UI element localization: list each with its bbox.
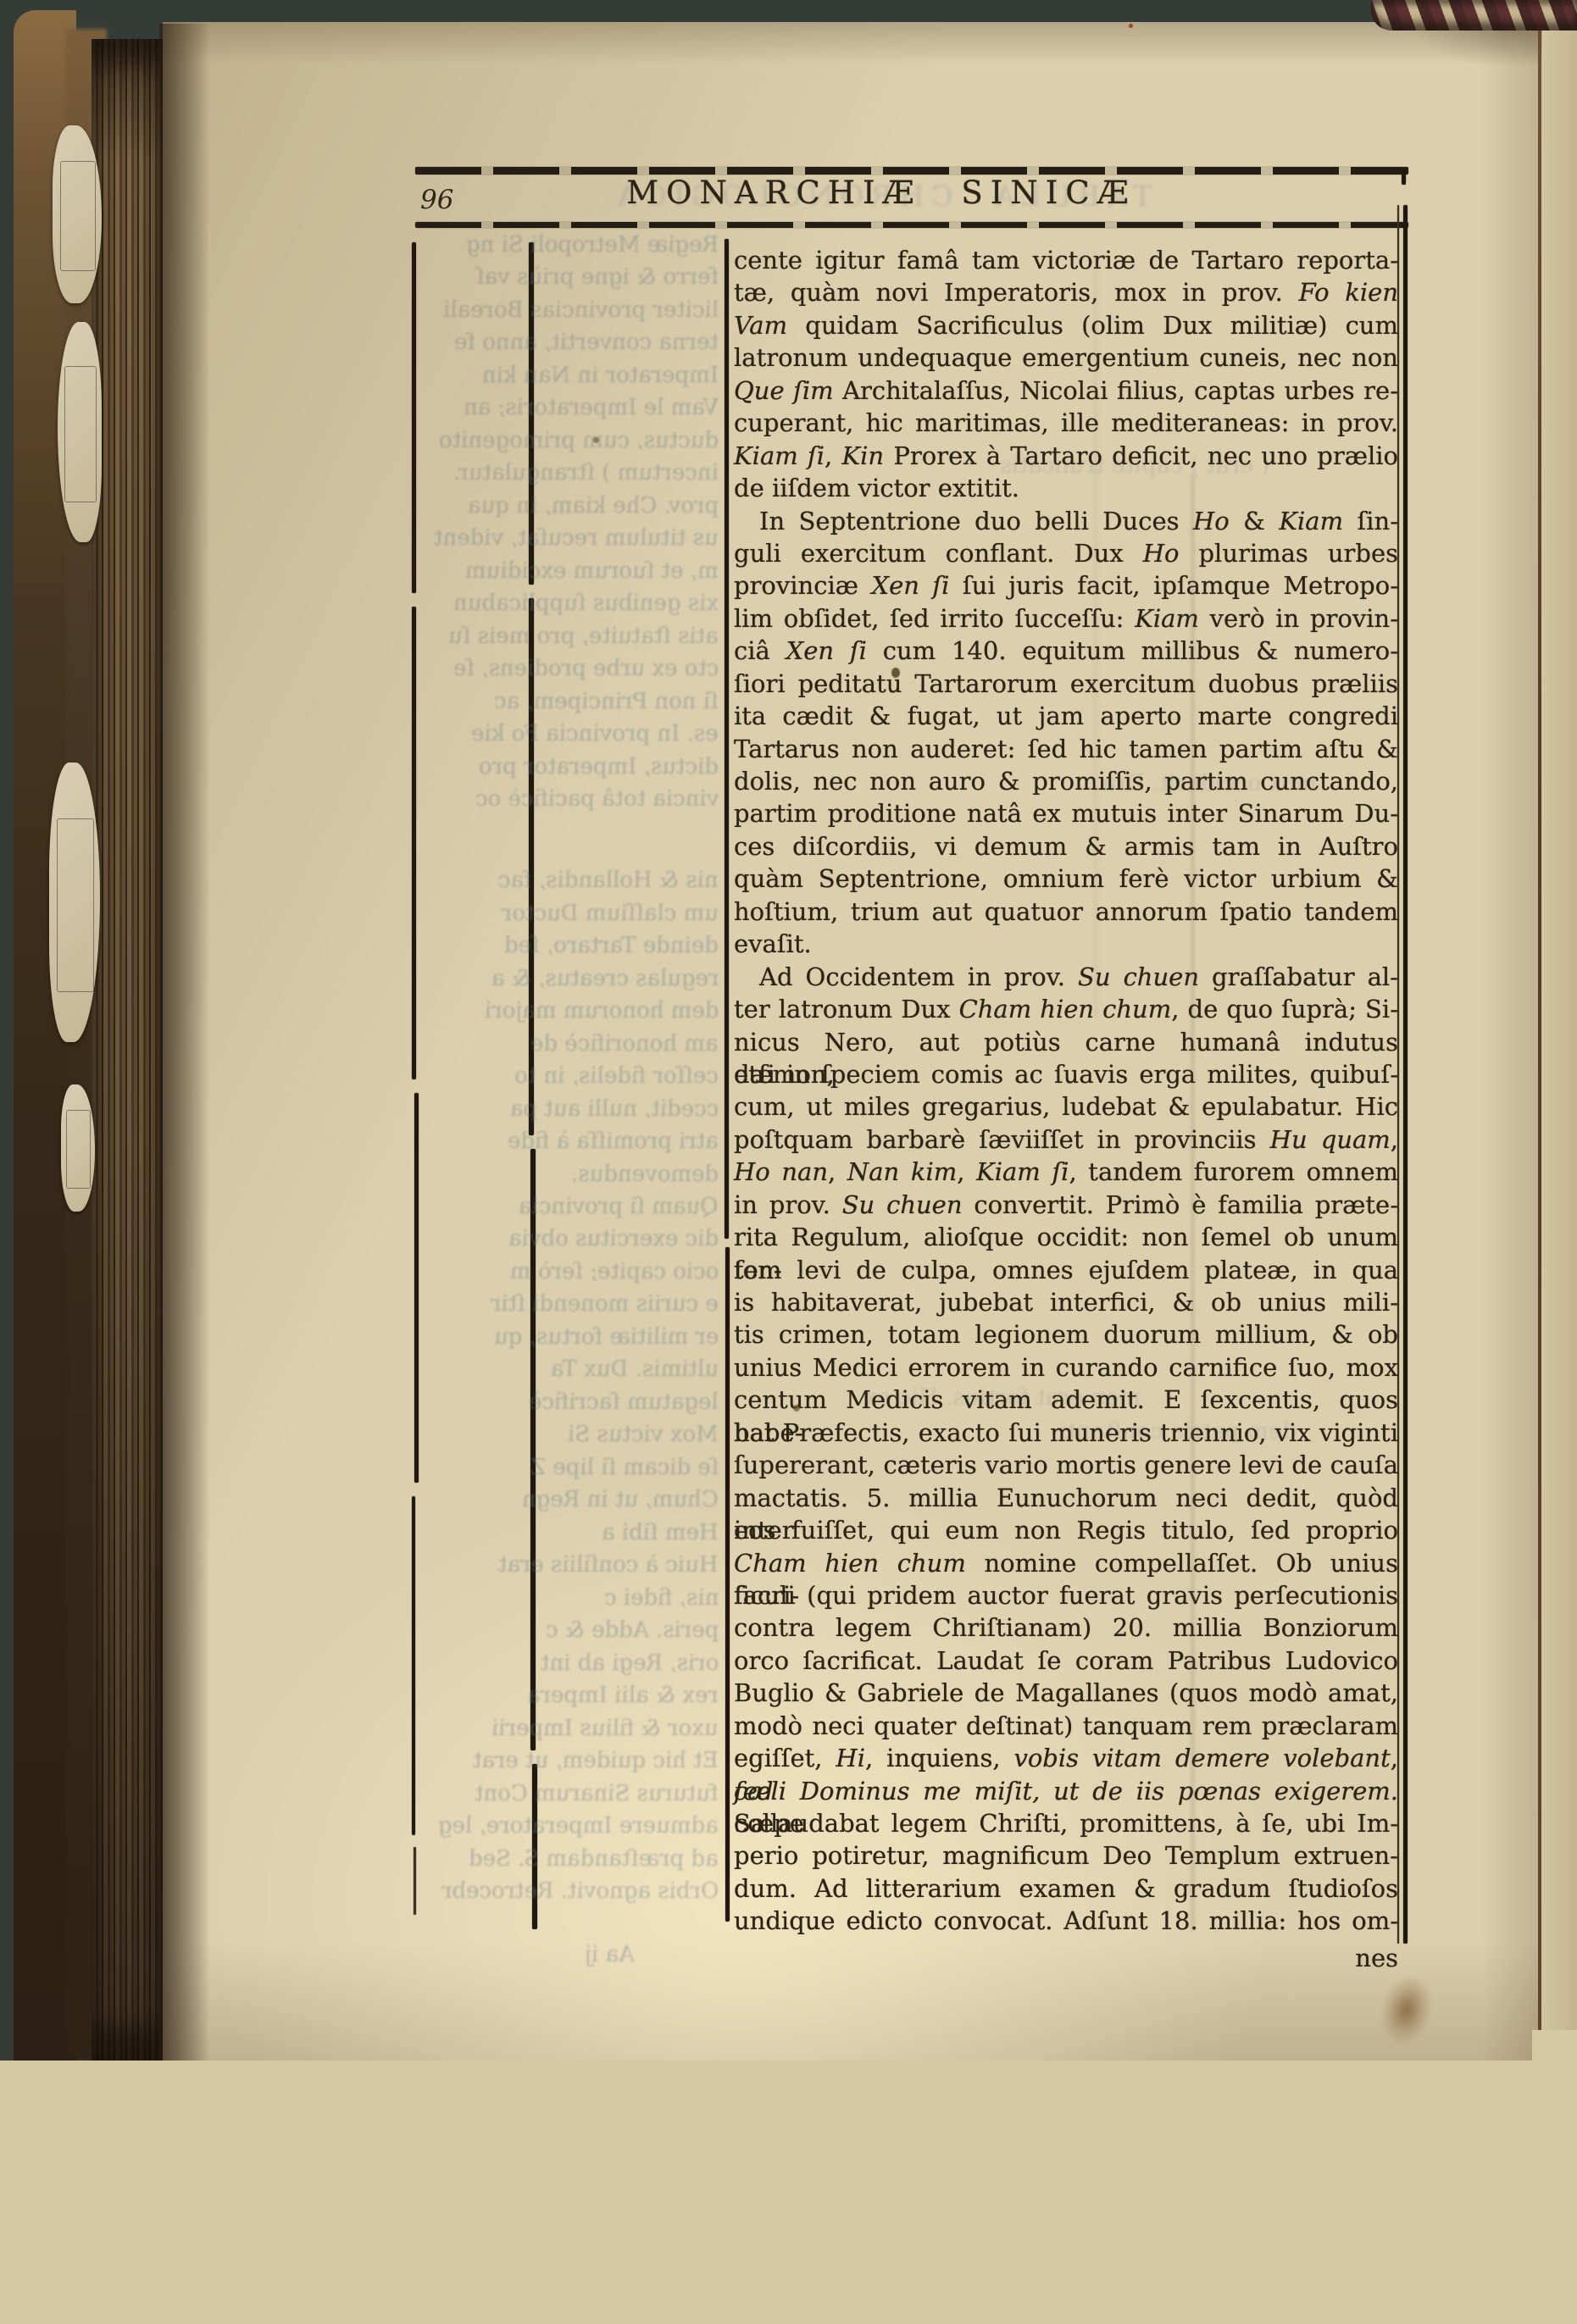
- text-line: eos fuiſſet, qui eum non Regis titulo, ſ…: [734, 1514, 1398, 1546]
- margin-rule-outer: [412, 242, 416, 593]
- paper-speck: [891, 668, 900, 678]
- bleedthrough-line: Vam le Imperatoris; an: [464, 395, 719, 420]
- text-line: tæ, quàm novi Imperatoris, mox in prov. …: [734, 276, 1398, 308]
- bleedthrough-line: xis genibus ſupplicabun: [453, 591, 719, 616]
- text-column-left-rule: [725, 1247, 730, 1922]
- text-line: Vam quidam Sacrificulus (olim Dux militi…: [734, 309, 1398, 341]
- bleedthrough-line: es. In provincia Fo kie: [471, 721, 719, 746]
- bleedthrough-line: dem honorum majori: [485, 998, 719, 1023]
- bleedthrough-line: m, et ſuorum excidium: [465, 558, 719, 584]
- text-line: Que ſim Architalaſſus, Nicolai filius, c…: [734, 374, 1398, 407]
- text-line: evaſit.: [734, 928, 1398, 960]
- bleedthrough-line: oris, Regi ab int: [541, 1650, 719, 1676]
- bleedthrough-line: atri promiſſa à fide: [508, 1129, 719, 1154]
- bleedthrough-line: nis, fidei c: [604, 1585, 719, 1611]
- scan-background-fill: [1532, 2030, 1577, 2064]
- bleedthrough-line: atis ſtatuite, pro meis ſu: [448, 624, 719, 649]
- text-line: Ad Occidentem in prov. Su chuen graſſaba…: [734, 961, 1398, 993]
- bleedthrough-line: Et hic quidem, ut erat: [473, 1748, 719, 1773]
- margin-bleedthrough-text: Regiæ Metropoli Si ngferro & igne priùs …: [422, 0, 719, 2061]
- book-headband: [1371, 0, 1577, 31]
- text-line: centum Medicis vitam ademit. E ſexcentis…: [734, 1384, 1398, 1416]
- paper-crease: [1191, 474, 1194, 1932]
- bleedthrough-line: rex & alii Impera: [527, 1683, 719, 1708]
- bleedthrough-line: ſi non Principem, ac: [494, 689, 719, 714]
- bleedthrough-line: us titulum recuſat, vident: [434, 525, 719, 551]
- text-line: cum, ut miles gregarius, ludebat & epula…: [734, 1090, 1398, 1123]
- bleedthrough-line: Mox victus Si: [568, 1422, 719, 1447]
- facing-page-sliver: [1541, 25, 1577, 2061]
- margin-rule-outer: [414, 1093, 419, 1483]
- text-line: Cham hien chum nomine compellaſſet. Ob u…: [734, 1547, 1398, 1579]
- text-line: lim obſidet, ſed irrito ſucceſſu: Kiam v…: [734, 602, 1398, 635]
- text-line: tem levi de culpa, omnes ejuſdem plateæ,…: [734, 1254, 1398, 1286]
- bleedthrough-line: vincia totâ pacificè oc: [475, 786, 719, 812]
- bleedthrough-line: ad præſtandam S. Sed: [469, 1846, 719, 1872]
- bleedthrough-line: terna convertit, anno fe: [454, 330, 719, 355]
- text-line: dum. Ad litterarium examen & gradum ſtud…: [734, 1872, 1398, 1905]
- bleedthrough-line: e curiis monendi ſtir: [491, 1291, 719, 1317]
- text-line: guli exercitum conflant. Dux Ho plurimas…: [734, 537, 1398, 569]
- bleedthrough-line: ultimis. Dux Ta: [551, 1356, 719, 1382]
- torn-page-fragment: [61, 1084, 95, 1212]
- text-line: ficuli (qui pridem auctor fuerat gravis …: [734, 1579, 1398, 1611]
- scan-background-fill: [0, 2061, 1577, 2324]
- text-line: ces diſcordiis, vi demum & armis tam in …: [734, 830, 1398, 862]
- text-column-left-rule: [725, 239, 729, 1239]
- text-line: contra legem Chriſtianam) 20. millia Bon…: [734, 1611, 1398, 1644]
- torn-page-fragment: [58, 322, 102, 542]
- text-line: ciâ Xen ſi cum 140. equitum millibus & n…: [734, 635, 1398, 667]
- main-text-column: cente igitur famâ tam victoriæ de Tartar…: [734, 244, 1398, 1938]
- text-line: perio potiretur, magnificum Deo Templum …: [734, 1839, 1398, 1872]
- bleedthrough-line: dic exercitus obvia: [508, 1226, 719, 1251]
- text-line: In Septentrione duo belli Duces Ho & Kia…: [734, 505, 1398, 537]
- bleedthrough-line: ductus, cum primogenito: [439, 428, 719, 453]
- bleedthrough-line: incertum ) ſtrangulatur.: [453, 460, 719, 485]
- margin-rule-outer: [412, 607, 416, 1079]
- text-line: rita Regulum, alioſque occidit: non ſeme…: [734, 1221, 1398, 1253]
- text-line: egiſſet, Hi, inquiens, vobis vitam demer…: [734, 1742, 1398, 1774]
- text-line: nicus Nero, aut potiùs carne humanâ indu…: [734, 1026, 1398, 1058]
- bleedthrough-line: Hem ſibi a: [602, 1520, 719, 1545]
- bleedthrough-line: Regiæ Metropoli Si ng: [466, 232, 719, 258]
- bleedthrough-line: Orbis agnovit. Retrocebr: [441, 1878, 719, 1904]
- text-line: ter latronum Dux Cham hien chum, de quo …: [734, 993, 1398, 1025]
- text-line: bat Præfectis, exacto ſui muneris trienn…: [734, 1417, 1398, 1449]
- text-line: Tartarus non auderet: ſed hic tamen part…: [734, 733, 1398, 765]
- text-line: latronum undequaque emergentium cuneis, …: [734, 341, 1398, 374]
- bleedthrough-line: Quam ſi provincia: [519, 1194, 719, 1219]
- bleedthrough-line: Imperator in Nan kin: [482, 363, 719, 388]
- paper-crease: [1095, 254, 1097, 1017]
- paper-speck: [793, 1405, 800, 1412]
- text-line: etſi in ſpeciem comis ac ſuavis erga mil…: [734, 1058, 1398, 1090]
- text-line: cuperant, hic maritimas, ille mediterane…: [734, 407, 1398, 439]
- bleedthrough-line: ocio capite; ſerò m: [510, 1259, 719, 1284]
- text-line: ſupererant, cæteris vario mortis genere …: [734, 1449, 1398, 1481]
- text-line: cæli Dominus me miſit, ut de iis pœnas e…: [734, 1775, 1398, 1807]
- bleedthrough-line: liciter provincias Boreali: [443, 297, 719, 323]
- page-edge-stack-shading: [92, 39, 163, 2061]
- margin-rule-outer-end: [414, 1847, 416, 1915]
- catchword: nes: [734, 1942, 1398, 1974]
- bleedthrough-line: legatum ſacrificè: [529, 1389, 719, 1415]
- top-right-shading: [1390, 25, 1542, 102]
- bleedthrough-line: ceſſor fidelis, in to: [514, 1063, 719, 1089]
- book-scan-photo: TABULA CHRONOLOGICA 96 MONARCHIÆ SINICÆ …: [0, 0, 1577, 2324]
- bleedthrough-line: uxor & filius Imperii: [491, 1716, 719, 1741]
- text-line: ita cædit & fugat, ut jam aperto marte c…: [734, 700, 1398, 732]
- bleedthrough-line: ſe dicam ſi lipe Z: [530, 1455, 719, 1480]
- bleedthrough-line: ferro & igne priùs vaſ: [476, 264, 719, 290]
- bleedthrough-line: Aa ij: [585, 1942, 635, 1967]
- bleedthrough-line: ccedit, nulli aut pa: [510, 1096, 719, 1122]
- text-line: mactatis. 5. millia Eunuchorum neci dedi…: [734, 1482, 1398, 1514]
- text-column-right-rule: [1403, 205, 1408, 1944]
- bleedthrough-line: cto ex urbe prodiens, ſe: [453, 656, 719, 681]
- red-fleck: [1129, 24, 1133, 28]
- bleedthrough-line: dictus, Imperator pro: [479, 754, 719, 779]
- text-line: de iiſdem victor extitit.: [734, 472, 1398, 504]
- bleedthrough-line: peris. Adde & c: [546, 1617, 719, 1643]
- bleedthrough-line: admuere Imperatore, leg: [438, 1813, 719, 1839]
- margin-rule-outer: [412, 1496, 415, 1835]
- bleedthrough-line: regulas creatus, & a: [491, 966, 719, 991]
- bleedthrough-line: prov. Che kiam, in qua: [468, 493, 719, 519]
- text-line: in prov. Su chuen convertit. Primò è fam…: [734, 1189, 1398, 1221]
- bleedthrough-line: deinde Tartaro, ſed: [504, 933, 719, 958]
- text-line: unius Medici errorem in curando carnific…: [734, 1351, 1398, 1384]
- text-line: dolis, nec non auro & promiſſis, partim …: [734, 765, 1398, 797]
- text-line: is habitaverat, jubebat interfici, & ob …: [734, 1286, 1398, 1318]
- bleedthrough-line: futurus Sinarum Cont: [475, 1781, 719, 1806]
- bleedthrough-line: Huic à conſiliis erat: [498, 1552, 719, 1578]
- text-line: modò neci quater deſtinat) tanquam rem p…: [734, 1710, 1398, 1742]
- paper-speck: [593, 437, 599, 443]
- text-line: Ho nan, Nan kim, Kiam ſi, tandem furorem…: [734, 1156, 1398, 1188]
- gutter-shadow: [159, 24, 210, 2061]
- bleedthrough-line: demovendus.: [571, 1162, 719, 1187]
- text-line: tis crimen, totam legionem duorum milliu…: [734, 1318, 1398, 1351]
- text-line: Buglio & Gabriele de Magallanes (quos mo…: [734, 1677, 1398, 1709]
- text-line: hoſtium, trium aut quatuor annorum ſpati…: [734, 896, 1398, 928]
- text-line: Kiam ſi, Kin Prorex à Tartaro deficit, n…: [734, 440, 1398, 472]
- text-line: cente igitur famâ tam victoriæ de Tartar…: [734, 244, 1398, 276]
- frame-corner-hook: [1402, 169, 1406, 185]
- text-line: undique edicto convocat. Adſunt 18. mill…: [734, 1905, 1398, 1937]
- text-line: provinciæ Xen ſi ſui juris facit, ipſamq…: [734, 569, 1398, 602]
- bleedthrough-line: am honorificè de: [530, 1031, 719, 1057]
- bleedthrough-line: nis & Hollandis, fac: [498, 868, 719, 893]
- text-line: ſiori peditatu Tartarorum exercitum duob…: [734, 668, 1398, 700]
- text-line: partim proditione natâ ex mutuis inter S…: [734, 797, 1398, 829]
- bleedthrough-line: er militiæ fortus, qu: [494, 1324, 719, 1350]
- bleedthrough-line: Chum, ut in Regn: [522, 1487, 719, 1512]
- text-line: poſtquam barbarè ſæviiſſet in provinciis…: [734, 1123, 1398, 1156]
- text-line: quàm Septentrione, omnium ferè victor ur…: [734, 862, 1398, 895]
- text-line: orco ſacrificat. Laudat ſe coram Patribu…: [734, 1645, 1398, 1677]
- bleedthrough-line: um claſſium Ductor: [502, 901, 719, 926]
- text-line: collaudabat legem Chriſti, promittens, à…: [734, 1807, 1398, 1839]
